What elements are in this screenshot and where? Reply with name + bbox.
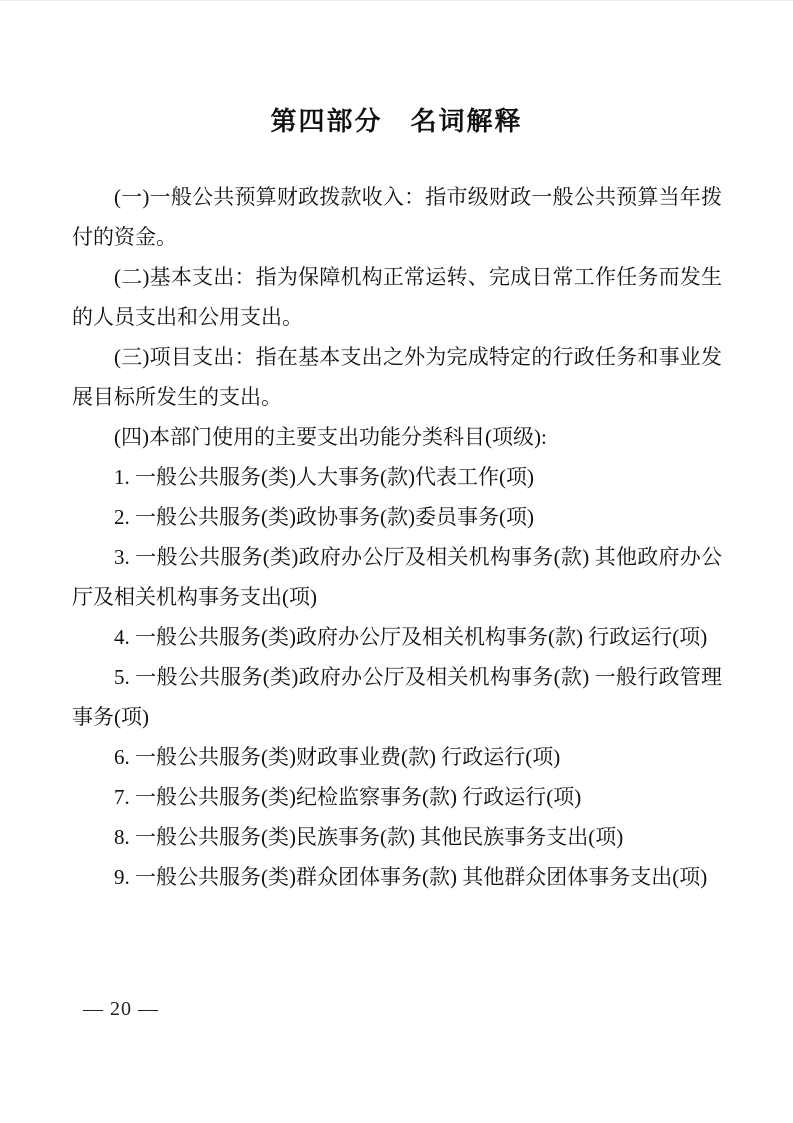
classification-item-3: 3. 一般公共服务(类)政府办公厅及相关机构事务(款) 其他政府办公厅及相关机构… bbox=[72, 537, 722, 617]
document-body: (一)一般公共预算财政拨款收入：指市级财政一般公共预算当年拨付的资金。 (二)基… bbox=[72, 177, 722, 897]
classification-item-1: 1. 一般公共服务(类)人大事务(款)代表工作(项) bbox=[72, 457, 722, 497]
classification-item-7: 7. 一般公共服务(类)纪检监察事务(款) 行政运行(项) bbox=[72, 777, 722, 817]
classification-item-4: 4. 一般公共服务(类)政府办公厅及相关机构事务(款) 行政运行(项) bbox=[72, 617, 722, 657]
definition-paragraph-4: (四)本部门使用的主要支出功能分类科目(项级): bbox=[72, 417, 722, 457]
definition-paragraph-1: (一)一般公共预算财政拨款收入：指市级财政一般公共预算当年拨付的资金。 bbox=[72, 177, 722, 257]
document-page: 第四部分 名词解释 (一)一般公共预算财政拨款收入：指市级财政一般公共预算当年拨… bbox=[0, 0, 793, 1123]
page-number: — 20 — bbox=[83, 998, 159, 1021]
document-title: 第四部分 名词解释 bbox=[0, 101, 793, 138]
classification-item-6: 6. 一般公共服务(类)财政事业费(款) 行政运行(项) bbox=[72, 737, 722, 777]
classification-item-8: 8. 一般公共服务(类)民族事务(款) 其他民族事务支出(项) bbox=[72, 817, 722, 857]
classification-item-5: 5. 一般公共服务(类)政府办公厅及相关机构事务(款) 一般行政管理事务(项) bbox=[72, 657, 722, 737]
classification-item-2: 2. 一般公共服务(类)政协事务(款)委员事务(项) bbox=[72, 497, 722, 537]
definition-paragraph-3: (三)项目支出：指在基本支出之外为完成特定的行政任务和事业发展目标所发生的支出。 bbox=[72, 337, 722, 417]
definition-paragraph-2: (二)基本支出：指为保障机构正常运转、完成日常工作任务而发生的人员支出和公用支出… bbox=[72, 257, 722, 337]
classification-item-9: 9. 一般公共服务(类)群众团体事务(款) 其他群众团体事务支出(项) bbox=[72, 857, 722, 897]
